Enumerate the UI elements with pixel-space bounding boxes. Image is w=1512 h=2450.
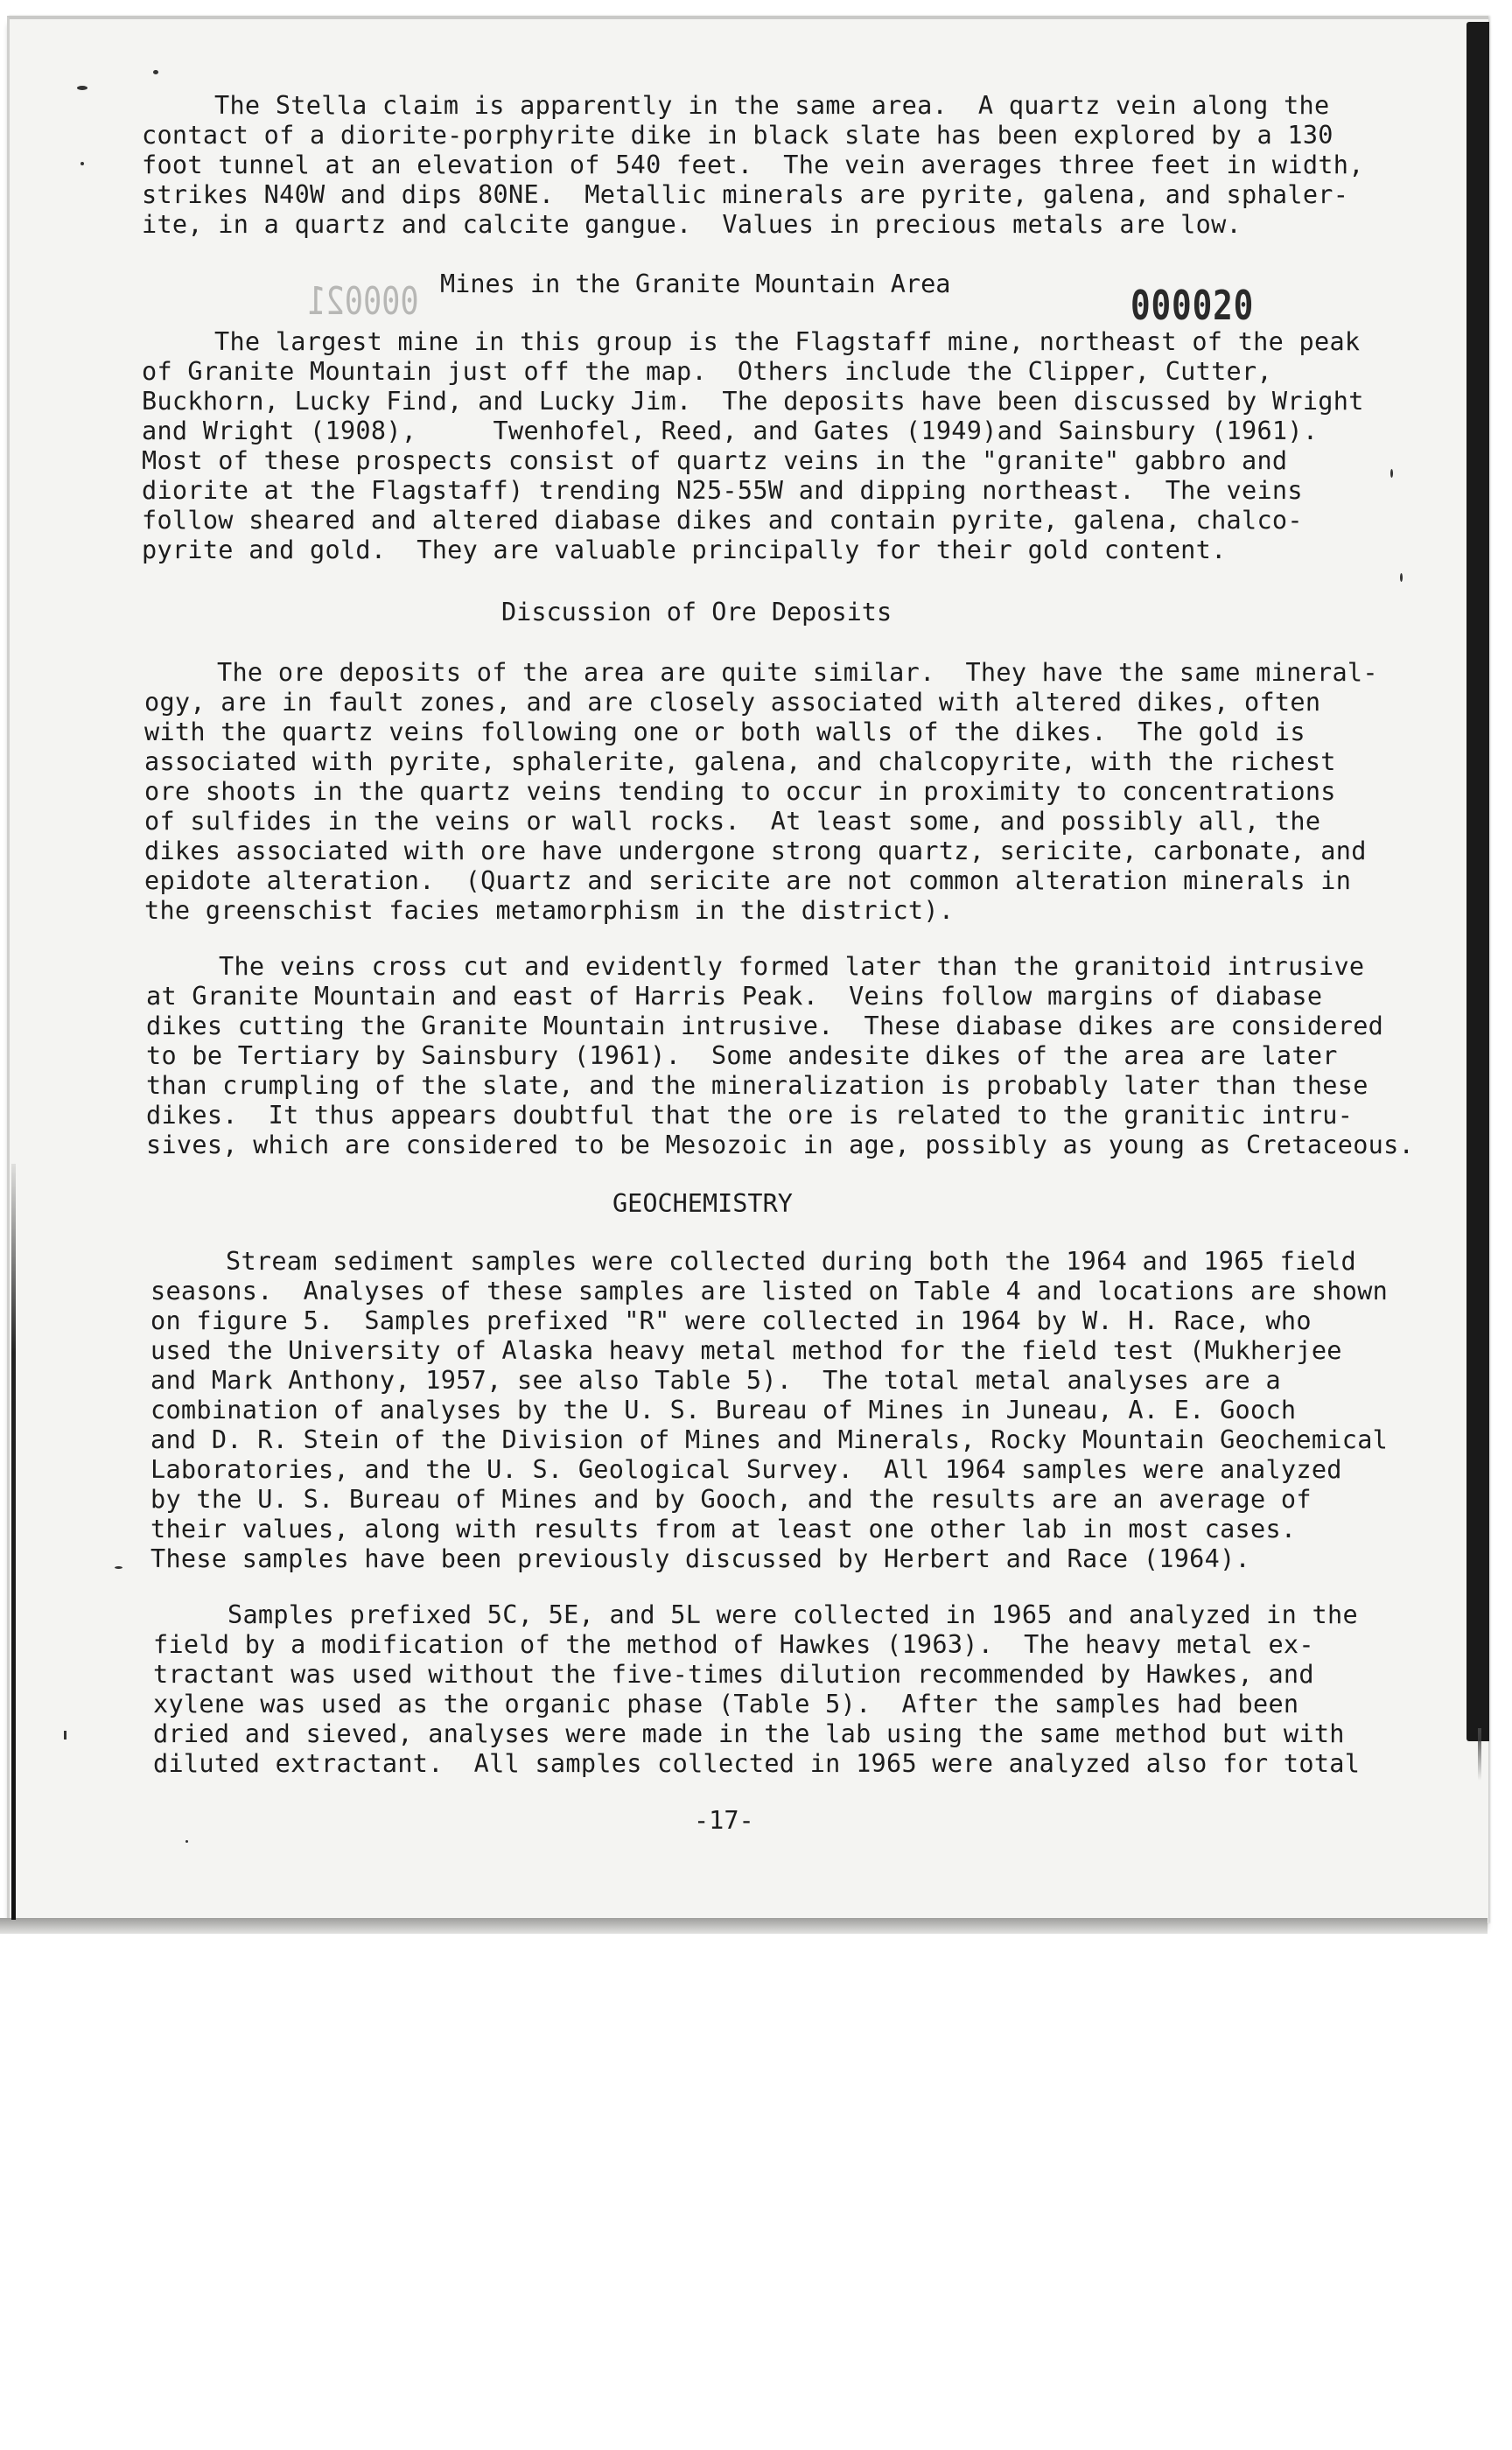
text-line: ore shoots in the quartz veins tending t…	[144, 777, 1336, 807]
text-line: contact of a diorite-porphyrite dike in …	[142, 121, 1333, 150]
text-line: pyrite and gold. They are valuable princ…	[142, 535, 1227, 565]
text-line: seasons. Analyses of these samples are l…	[150, 1277, 1388, 1306]
text-line: of Granite Mountain just off the map. Ot…	[142, 357, 1272, 387]
text-line: dikes associated with ore have undergone…	[144, 836, 1367, 866]
text-line: at Granite Mountain and east of Harris P…	[146, 982, 1322, 1011]
heading-mines-granite-mountain: Mines in the Granite Mountain Area	[440, 269, 950, 299]
heading-discussion-ore-deposits: Discussion of Ore Deposits	[501, 598, 892, 627]
page-number: -17-	[694, 1806, 754, 1836]
text-line: diluted extractant. All samples collecte…	[153, 1749, 1360, 1779]
text-line: and Mark Anthony, 1957, see also Table 5…	[150, 1366, 1281, 1396]
text-line: and D. R. Stein of the Division of Mines…	[150, 1425, 1388, 1455]
text-line: epidote alteration. (Quartz and sericite…	[144, 866, 1351, 896]
text-line: Samples prefixed 5C, 5E, and 5L were col…	[227, 1600, 1358, 1630]
heading-geochemistry: GEOCHEMISTRY	[612, 1189, 793, 1219]
text-line: associated with pyrite, sphalerite, gale…	[144, 747, 1336, 777]
text-line: The Stella claim is apparently in the sa…	[214, 91, 1329, 121]
bleed-through-stamp-number: 000021	[304, 282, 423, 322]
text-line: follow sheared and altered diabase dikes…	[142, 506, 1303, 535]
text-line: combination of analyses by the U. S. Bur…	[150, 1396, 1296, 1425]
text-line: with the quartz veins following one or b…	[144, 717, 1305, 747]
text-line: dikes. It thus appears doubtful that the…	[146, 1101, 1353, 1130]
text-line: used the University of Alaska heavy meta…	[150, 1336, 1342, 1366]
text-line: field by a modification of the method of…	[153, 1630, 1314, 1660]
text-line: xylene was used as the organic phase (Ta…	[153, 1690, 1298, 1719]
text-line: of sulfides in the veins or wall rocks. …	[144, 807, 1320, 836]
text-line: Most of these prospects consist of quart…	[142, 446, 1287, 476]
text-line: tractant was used without the five-times…	[153, 1660, 1314, 1690]
text-line: to be Tertiary by Sainsbury (1961). Some…	[146, 1041, 1338, 1071]
text-line: and Wright (1908), Twenhofel, Reed, and …	[142, 416, 1318, 446]
text-line: than crumpling of the slate, and the min…	[146, 1071, 1368, 1101]
text-line: ite, in a quartz and calcite gangue. Val…	[142, 210, 1242, 240]
text-line: Buckhorn, Lucky Find, and Lucky Jim. The…	[142, 387, 1364, 416]
text-line: on figure 5. Samples prefixed "R" were c…	[150, 1306, 1312, 1336]
text-line: their values, along with results from at…	[150, 1515, 1296, 1544]
text-line: foot tunnel at an elevation of 540 feet.…	[142, 150, 1364, 180]
text-line: Laboratories, and the U. S. Geological S…	[150, 1455, 1342, 1485]
text-line: The ore deposits of the area are quite s…	[217, 658, 1378, 688]
text-line: The largest mine in this group is the Fl…	[214, 327, 1360, 357]
text-line: dried and sieved, analyses were made in …	[153, 1719, 1345, 1749]
text-line: The veins cross cut and evidently formed…	[219, 952, 1364, 982]
text-line: diorite at the Flagstaff) trending N25-5…	[142, 476, 1303, 506]
text-line: by the U. S. Bureau of Mines and by Gooc…	[150, 1485, 1312, 1515]
text-line: sives, which are considered to be Mesozo…	[146, 1130, 1414, 1160]
text-line: Stream sediment samples were collected d…	[226, 1247, 1356, 1277]
text-line: ogy, are in fault zones, and are closely…	[144, 688, 1320, 717]
text-line: dikes cutting the Granite Mountain intru…	[146, 1011, 1383, 1041]
text-line: the greenschist facies metamorphism in t…	[144, 896, 954, 926]
stamp-page-number: 000020	[1130, 285, 1254, 325]
text-line: These samples have been previously discu…	[150, 1544, 1250, 1574]
text-line: strikes N40W and dips 80NE. Metallic min…	[142, 180, 1348, 210]
document-text: The Stella claim is apparently in the sa…	[0, 0, 1512, 2450]
